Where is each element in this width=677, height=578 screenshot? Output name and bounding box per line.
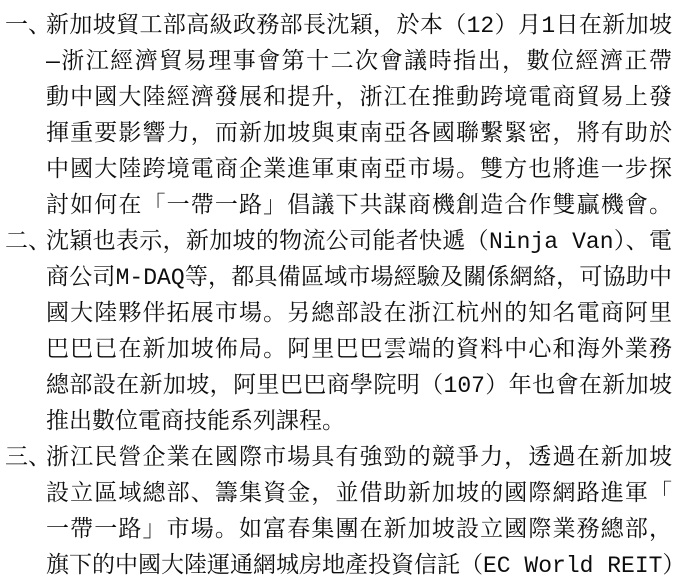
- text-line: —浙江經濟貿易理事會第十二次會議時指出，數位經濟正帶: [46, 44, 672, 80]
- text-line: 設立區域總部、籌集資金，並借助新加坡的國際網路進軍「: [46, 476, 672, 512]
- text-line: 商公司M-DAQ等，都具備區域市場經驗及關係網絡，可協助中: [46, 260, 672, 296]
- text-line: 動中國大陸經濟發展和提升，浙江在推動跨境電商貿易上發: [46, 80, 672, 116]
- text-line: 沈穎也表示，新加坡的物流公司能者快遞（Ninja Van）、電: [46, 224, 672, 260]
- text-line: 總部設在新加坡，阿里巴巴商學院明（107）年也會在新加坡: [46, 368, 672, 404]
- text-line: 巴巴已在新加坡佈局。阿里巴巴雲端的資料中心和海外業務: [46, 332, 672, 368]
- document-page: 一、 新加坡貿工部高級政務部長沈穎，於本（12）月1日在新加坡 —浙江經濟貿易理…: [0, 0, 677, 578]
- text-line: 討如何在「一帶一路」倡議下共謀商機創造合作雙贏機會。: [46, 188, 672, 224]
- text-line: 新加坡貿工部高級政務部長沈穎，於本（12）月1日在新加坡: [46, 8, 672, 44]
- text-line: 旗下的中國大陸運通網城房地產投資信託（EC World REIT）: [46, 548, 672, 578]
- list-item: 二、 沈穎也表示，新加坡的物流公司能者快遞（Ninja Van）、電 商公司M-…: [4, 224, 672, 440]
- text-line: 浙江民營企業在國際市場具有強勁的競爭力，透過在新加坡: [46, 440, 672, 476]
- text-line: 推出數位電商技能系列課程。: [46, 404, 672, 440]
- item-marker: 一、: [5, 8, 46, 44]
- list-item: 一、 新加坡貿工部高級政務部長沈穎，於本（12）月1日在新加坡 —浙江經濟貿易理…: [4, 8, 672, 224]
- text-line: 揮重要影響力，而新加坡與東南亞各國聯繫緊密，將有助於: [46, 116, 672, 152]
- text-line: 中國大陸跨境電商企業進軍東南亞市場。雙方也將進一步探: [46, 152, 672, 188]
- list-item: 三、 浙江民營企業在國際市場具有強勁的競爭力，透過在新加坡 設立區域總部、籌集資…: [4, 440, 672, 578]
- text-line: 國大陸夥伴拓展市場。另總部設在浙江杭州的知名電商阿里: [46, 296, 672, 332]
- item-marker: 三、: [5, 440, 46, 476]
- item-marker: 二、: [5, 224, 46, 260]
- text-line: 一帶一路」市場。如富春集團在新加坡設立國際業務總部，: [46, 512, 672, 548]
